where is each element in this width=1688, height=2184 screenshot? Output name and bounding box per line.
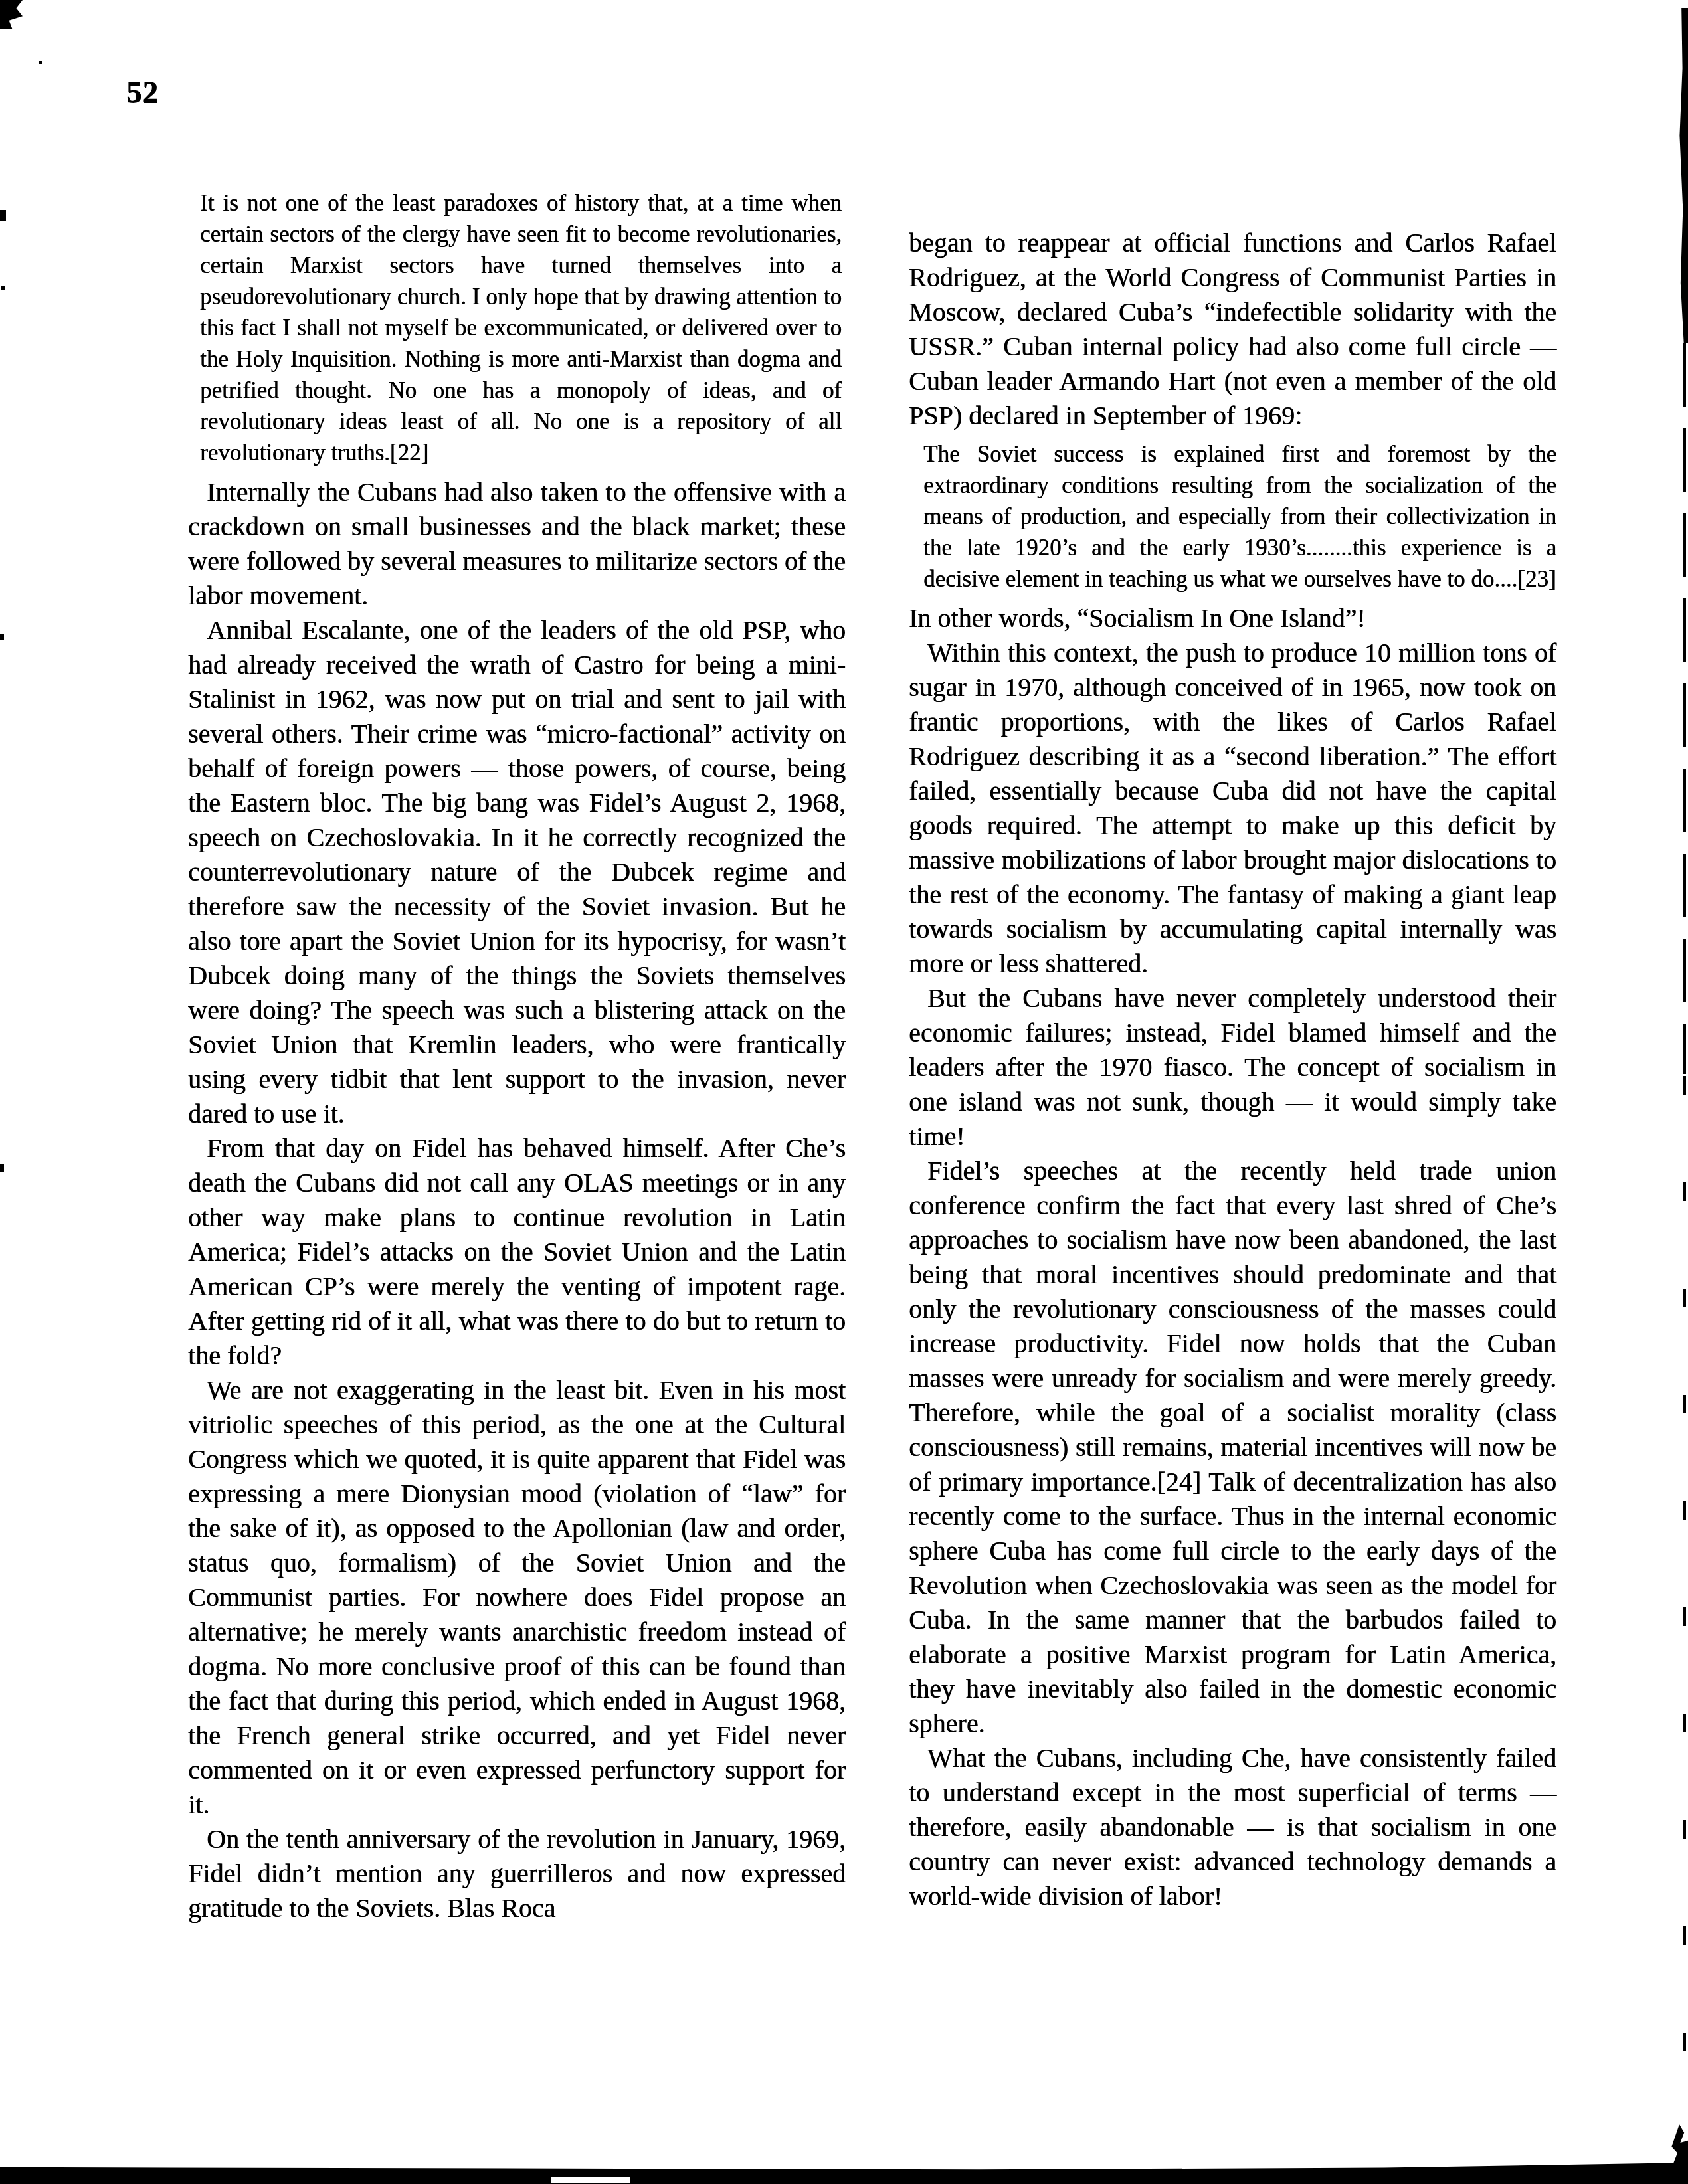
scan-speck [0,210,6,221]
paragraph-fidels-speeches: Fidel’s speeches at the recently held tr… [909,1154,1556,1741]
right-blockquote: The Soviet success is explained first an… [923,438,1556,594]
paragraph-but-the-cubans: But the Cubans have never completely und… [909,981,1556,1154]
paragraph-continuation-blas-roca: began to reappear at official functions … [909,226,1556,433]
scan-speck [0,1164,4,1172]
left-blockquote: It is not one of the least paradoxes of … [200,187,842,468]
paragraph-escalante: Annibal Escalante, one of the leaders of… [188,613,846,1131]
right-column: began to reappear at official functions … [909,226,1556,1914]
paragraph-within-this-context: Within this context, the push to produce… [909,636,1556,981]
scan-artifact-bottom-right-blob [1669,2124,1688,2165]
scan-speck [1,286,5,290]
paragraph-not-exaggerating: We are not exaggerating in the least bit… [188,1373,846,1822]
page-number: 52 [126,74,159,110]
scan-speck [39,61,42,64]
paragraph-in-other-words: In other words, “Socialism In One Island… [909,601,1556,636]
scan-artifact-bottom-notch [551,2177,630,2183]
scan-artifact-top-left-blob [0,0,23,29]
paragraph-from-that-day: From that day on Fidel has behaved himse… [188,1131,846,1373]
scan-speck [0,634,4,640]
paragraph-tenth-anniversary: On the tenth anniversary of the revoluti… [188,1822,846,1926]
scanned-book-page: 52 It is not one of the least paradoxes … [0,0,1688,2184]
paragraph-internally: Internally the Cubans had also taken to … [188,475,846,613]
scan-artifact-right-edge-dashes [1683,343,1686,1074]
left-column: It is not one of the least paradoxes of … [188,187,846,1926]
scan-artifact-right-edge [1679,8,1688,343]
scan-artifact-bottom-band [0,2161,1688,2184]
scan-artifact-right-edge-dashes [1683,1076,1686,2112]
paragraph-what-the-cubans: What the Cubans, including Che, have con… [909,1741,1556,1914]
